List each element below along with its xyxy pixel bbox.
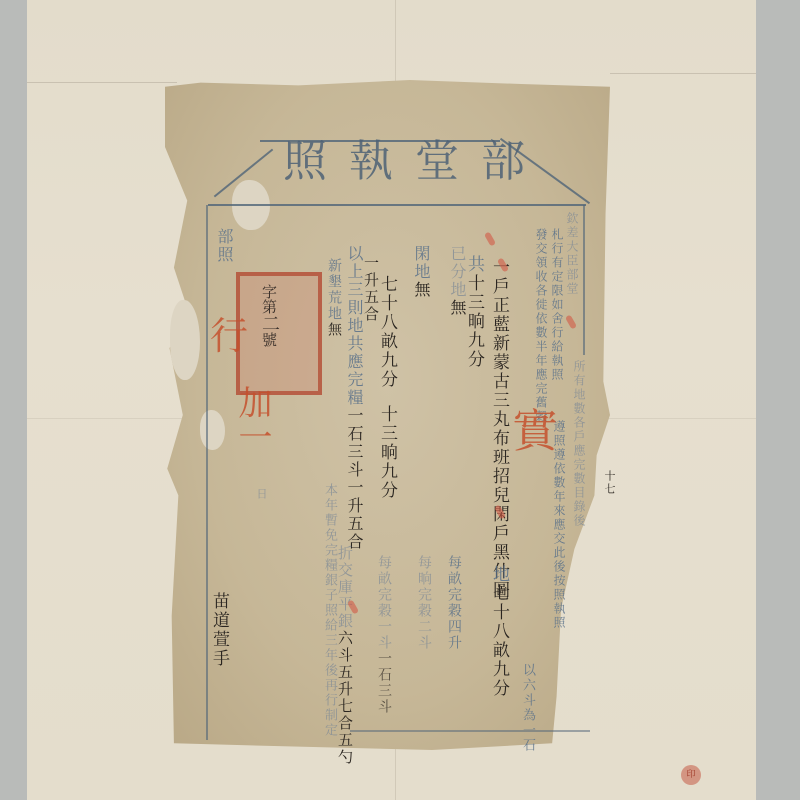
border-bottom [350,730,590,732]
red-seal-char: 實 [512,395,558,461]
unit-column: 一升五合 [362,255,380,323]
left-margin-label: 部照 [215,228,233,264]
border-right [583,205,585,355]
field-a-label: 已分地 [448,245,467,299]
reclaimed-value: 無 [326,322,342,338]
preamble-column: 札行有定限如舍行給執照 [548,228,566,382]
fold-line [27,82,177,83]
land-value: 七十八畝九分 [489,584,509,698]
title-char: 部 [481,136,547,187]
converted-value: 六斗五升七合五勺 [336,630,354,766]
paper-damage [200,410,225,450]
grain-column: 七十八畝九分 [378,275,396,389]
annual-total-value: 一石三斗 [376,651,392,715]
header-frame-bottom [208,204,586,206]
preamble-column: 所有地數各戶應完數目錄後 [570,360,588,528]
side-note: 十七 [600,470,618,496]
tail-column: 以六斗為一石 [518,663,536,753]
note-column: 本年暫免完糧銀子照給三年後再行制定 [320,483,338,738]
serial-number: 字第二號 [256,284,282,347]
serial-suffix: 號 [260,332,278,347]
border-left [206,205,208,740]
grain-column: 十三晌九分 [378,405,396,500]
serial-value: 二 [259,314,280,332]
share-value: 十三晌九分 [464,274,484,369]
title-char: 照 [283,136,349,187]
collector-seal: 印 [681,765,701,785]
red-seal-box: 字第二號 [236,272,322,395]
field-b-column: 閑地無 [412,245,430,299]
title-char: 堂 [415,136,481,187]
red-handwritten-number: 加一 [228,385,277,453]
field-b-label: 閑地 [412,245,431,281]
share-label: 共 [464,255,484,274]
document-title: 照執堂部 [265,132,565,192]
paper-damage [170,300,200,380]
converted-column: 折交庫平銀六斗五升七合五勺 [336,545,354,766]
converted-label: 折交庫平銀 [336,545,354,630]
reclaimed-column: 新墾荒地無 [325,258,343,338]
fold-line [610,73,756,74]
signature: 苗道萱手 [210,592,228,668]
field-a-value: 無 [448,299,467,317]
rate-label: 每畝完穀一斗 [376,555,392,651]
grain-total-column: 以上三則地共應完糧一石三斗一升五合 [345,245,363,551]
date-marker: 日 [252,488,270,501]
land-label: 地 [489,565,509,584]
field-a-column: 已分地無 [448,245,466,317]
land-total-column: 地七十八畝九分 [490,565,508,698]
land-share-column: 共十三晌九分 [465,255,483,369]
rate-column: 每畝完穀四升 [445,555,463,651]
household-column: 一戶正藍新蒙古三丸布班招兒閑戶黑什圖 [490,258,508,600]
banner-name: 正藍新蒙古三丸布 [489,296,509,448]
reclaimed-label: 新墾荒地 [326,258,342,322]
rate-column: 每畝完穀一斗一石三斗 [375,555,393,715]
field-b-value: 無 [412,281,431,299]
rate-column: 每晌完穀二斗 [415,555,433,651]
serial-prefix: 字第 [260,284,278,314]
title-char: 執 [349,136,415,187]
red-handwritten-char: 行 [210,305,248,360]
grain-total-value: 一石三斗一升五合 [345,407,364,551]
